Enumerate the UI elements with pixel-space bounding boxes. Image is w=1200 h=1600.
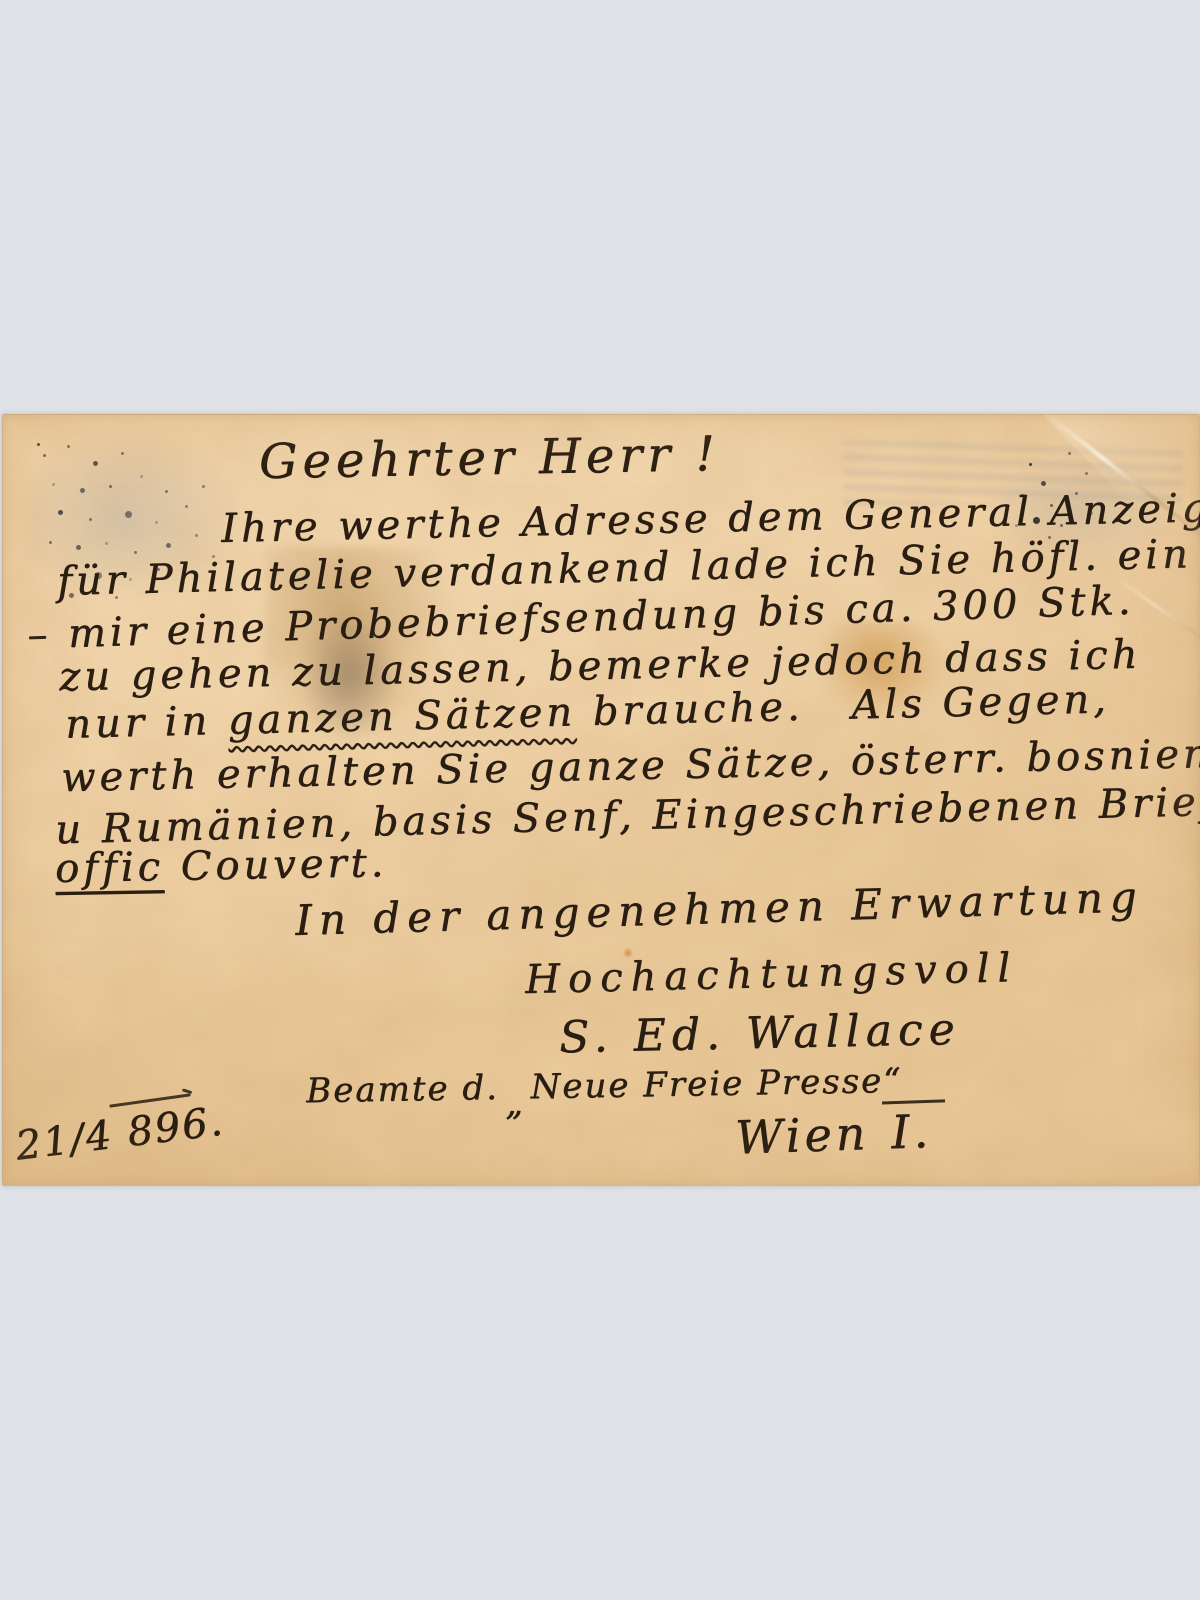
body-line-8-post: Couvert. [163,840,387,890]
postmark-residue-speckles [37,443,40,446]
place-line: WienI. [734,1099,947,1164]
underline-ganzen-saetzen: ganzen Sätzen [227,689,576,743]
greeting-line: Geehrter Herr ! [259,427,721,490]
closing-line: Hochachtungsvoll [525,945,1019,1003]
place-numeral: I. [882,1099,947,1159]
courtesy-line: In der angenehmen Erwartung [294,873,1144,945]
role-opening-quote: „ [505,1083,525,1123]
ink-speckles-crease [1029,463,1032,466]
underline-offic: offic [55,844,165,892]
signature-line: S. Ed. Wallace [559,1005,961,1064]
postcard: Geehrter Herr ! Ihre werthe Adresse dem … [2,414,1200,1186]
body-line-5-pre: nur in [65,698,229,748]
body-line-5-tail: Als Gegen, [851,676,1110,728]
body-line-5-post: brauche. [575,684,804,736]
role-pre: Beamte d. [306,1068,499,1111]
place-name: Wien [734,1106,870,1165]
role-main: Neue Freie Presse“ [530,1061,903,1107]
body-line-8: offic Couvert. [55,840,388,892]
date-line: 21/4 896. [13,1098,227,1169]
